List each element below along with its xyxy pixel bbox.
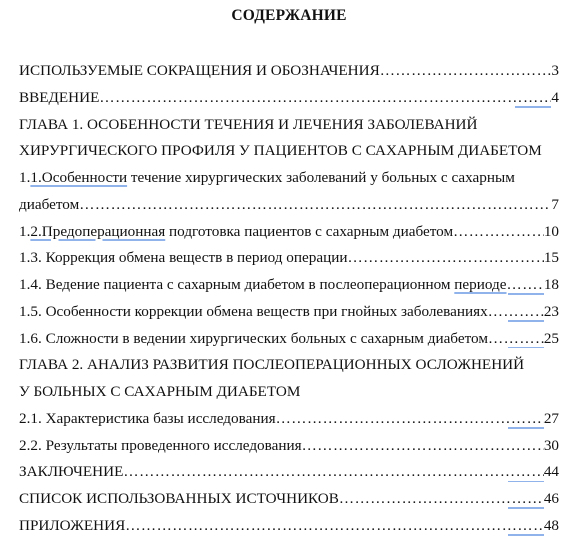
spellcheck-underline xyxy=(515,106,551,108)
toc-page-number: 30 xyxy=(544,433,559,460)
toc-entry[interactable]: 1.6. Сложности в ведении хирургических б… xyxy=(19,326,559,353)
toc-page-number: 46 xyxy=(544,486,559,513)
toc-entry[interactable]: У БОЛЬНЫХ С САХАРНЫМ ДИАБЕТОМ xyxy=(19,379,559,406)
toc-entry-text: 1.1.Особенности течение хирургических за… xyxy=(19,165,515,192)
spellcheck-underline xyxy=(508,481,544,483)
toc-entry[interactable]: 1.3. Коррекция обмена веществ в период о… xyxy=(19,245,559,272)
dot-leader xyxy=(507,272,544,299)
toc-entry-text: 2.2. Результаты проведенного исследовани… xyxy=(19,433,302,460)
spellcheck-underline xyxy=(508,293,544,295)
toc-entry-text: 1.2.Предоперационная подготовка пациенто… xyxy=(19,219,453,246)
toc-entry-text: У БОЛЬНЫХ С САХАРНЫМ ДИАБЕТОМ xyxy=(19,379,300,406)
toc-entry[interactable]: 2.1. Характеристика базы исследования27 xyxy=(19,406,559,433)
toc-page-number: 48 xyxy=(544,513,559,536)
toc-entry[interactable]: ИСПОЛЬЗУЕМЫЕ СОКРАЩЕНИЯ И ОБОЗНАЧЕНИЯ3 xyxy=(19,58,559,85)
toc-entry-text: 1.3. Коррекция обмена веществ в период о… xyxy=(19,245,347,272)
dot-leader xyxy=(339,486,544,513)
toc-page-number: 3 xyxy=(551,58,559,85)
dot-leader xyxy=(302,433,544,460)
toc-entry-text: 1.6. Сложности в ведении хирургических б… xyxy=(19,326,488,353)
dot-leader xyxy=(79,192,551,219)
toc-entry[interactable]: 1.4. Ведение пациента с сахарным диабето… xyxy=(19,272,559,299)
toc-entry-text: ХИРУРГИЧЕСКОГО ПРОФИЛЯ У ПАЦИЕНТОВ С САХ… xyxy=(19,138,542,165)
toc-entry[interactable]: диабетом7 xyxy=(19,192,559,219)
toc-page-number: 25 xyxy=(544,326,559,353)
toc-entry[interactable]: ЗАКЛЮЧЕНИЕ44 xyxy=(19,459,559,486)
toc-entry[interactable]: 1.1.Особенности течение хирургических за… xyxy=(19,165,559,192)
toc-entry-text: ЗАКЛЮЧЕНИЕ xyxy=(19,459,123,486)
toc-page-number: 44 xyxy=(544,459,559,486)
toc-page-number: 23 xyxy=(544,299,559,326)
spellcheck-underline: 2.Предоперационная xyxy=(30,223,165,240)
spellcheck-underline: 1.Особенности xyxy=(30,169,127,186)
table-of-contents: ИСПОЛЬЗУЕМЫЕ СОКРАЩЕНИЯ И ОБОЗНАЧЕНИЯ3ВВ… xyxy=(19,58,559,536)
dot-leader xyxy=(488,326,544,353)
spellcheck-underline xyxy=(508,534,544,536)
toc-page-number: 10 xyxy=(544,219,559,246)
toc-entry-text: ГЛАВА 1. ОСОБЕННОСТИ ТЕЧЕНИЯ И ЛЕЧЕНИЯ З… xyxy=(19,112,478,139)
toc-entry-text: ИСПОЛЬЗУЕМЫЕ СОКРАЩЕНИЯ И ОБОЗНАЧЕНИЯ xyxy=(19,58,380,85)
toc-entry[interactable]: 2.2. Результаты проведенного исследовани… xyxy=(19,433,559,460)
toc-entry[interactable]: 1.5. Особенности коррекции обмена вещест… xyxy=(19,299,559,326)
toc-entry-text: 1.5. Особенности коррекции обмена вещест… xyxy=(19,299,488,326)
toc-entry-text: ВВЕДЕНИЕ xyxy=(19,85,99,112)
spellcheck-underline: периоде xyxy=(454,276,506,293)
spellcheck-underline xyxy=(508,427,544,429)
toc-page-number: 15 xyxy=(544,245,559,272)
dot-leader xyxy=(123,459,543,486)
spellcheck-underline xyxy=(508,507,544,509)
toc-entry[interactable]: ГЛАВА 2. АНАЛИЗ РАЗВИТИЯ ПОСЛЕОПЕРАЦИОНН… xyxy=(19,352,559,379)
dot-leader xyxy=(380,58,552,85)
toc-title: СОДЕРЖАНИЕ xyxy=(0,7,578,25)
dot-leader xyxy=(276,406,544,433)
toc-entry-text: 1.4. Ведение пациента с сахарным диабето… xyxy=(19,272,507,299)
toc-page-number: 4 xyxy=(551,85,559,112)
document-page: СОДЕРЖАНИЕ ИСПОЛЬЗУЕМЫЕ СОКРАЩЕНИЯ И ОБО… xyxy=(0,0,578,536)
dot-leader xyxy=(99,85,551,112)
toc-entry-text: 2.1. Характеристика базы исследования xyxy=(19,406,276,433)
toc-page-number: 18 xyxy=(544,272,559,299)
toc-entry-text: СПИСОК ИСПОЛЬЗОВАННЫХ ИСТОЧНИКОВ xyxy=(19,486,339,513)
toc-entry-text: ГЛАВА 2. АНАЛИЗ РАЗВИТИЯ ПОСЛЕОПЕРАЦИОНН… xyxy=(19,352,524,379)
toc-entry[interactable]: ВВЕДЕНИЕ4 xyxy=(19,85,559,112)
toc-page-number: 27 xyxy=(544,406,559,433)
dot-leader xyxy=(488,299,544,326)
spellcheck-underline xyxy=(508,320,544,322)
toc-entry[interactable]: 1.2.Предоперационная подготовка пациенто… xyxy=(19,219,559,246)
toc-entry[interactable]: ХИРУРГИЧЕСКОГО ПРОФИЛЯ У ПАЦИЕНТОВ С САХ… xyxy=(19,138,559,165)
toc-page-number: 7 xyxy=(551,192,559,219)
dot-leader xyxy=(347,245,543,272)
toc-entry[interactable]: ПРИЛОЖЕНИЯ48 xyxy=(19,513,559,536)
dot-leader xyxy=(125,513,544,536)
toc-entry[interactable]: СПИСОК ИСПОЛЬЗОВАННЫХ ИСТОЧНИКОВ46 xyxy=(19,486,559,513)
toc-entry-text: диабетом xyxy=(19,192,79,219)
dot-leader xyxy=(453,219,544,246)
spellcheck-underline xyxy=(508,347,544,349)
toc-entry[interactable]: ГЛАВА 1. ОСОБЕННОСТИ ТЕЧЕНИЯ И ЛЕЧЕНИЯ З… xyxy=(19,112,559,139)
toc-entry-text: ПРИЛОЖЕНИЯ xyxy=(19,513,125,536)
